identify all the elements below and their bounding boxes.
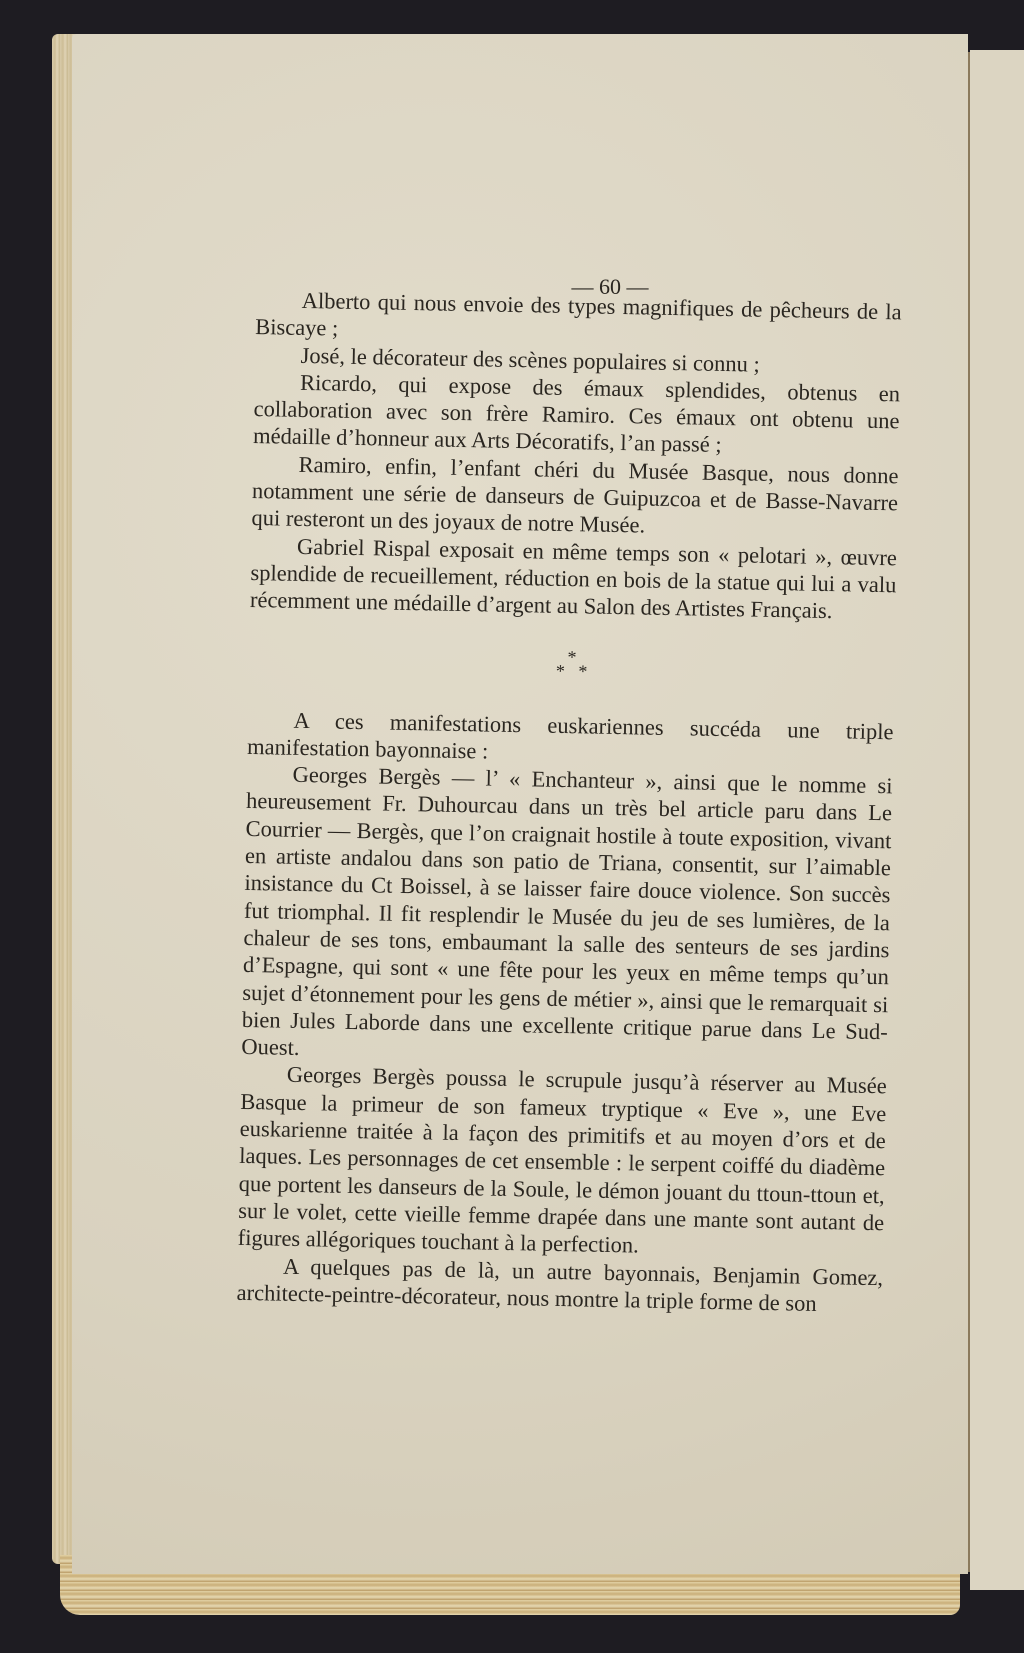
paragraph: Ricardo, qui expose des émaux splendides… [253, 368, 900, 462]
paragraph: Georges Bergès — l’ « Enchanteur », ains… [241, 760, 893, 1073]
facing-page [970, 50, 1024, 1590]
section-asterism: ** * [249, 643, 895, 683]
paragraph: Georges Bergès poussa le scrupule jusqu’… [237, 1060, 887, 1263]
book-gutter [968, 52, 970, 1572]
paragraph: Ramiro, enfin, l’enfant chéri du Musée B… [251, 450, 898, 544]
paragraph: Gabriel Rispal exposait en même temps so… [250, 532, 897, 626]
page-text: Alberto qui nous envoie des types magnif… [236, 286, 901, 1318]
